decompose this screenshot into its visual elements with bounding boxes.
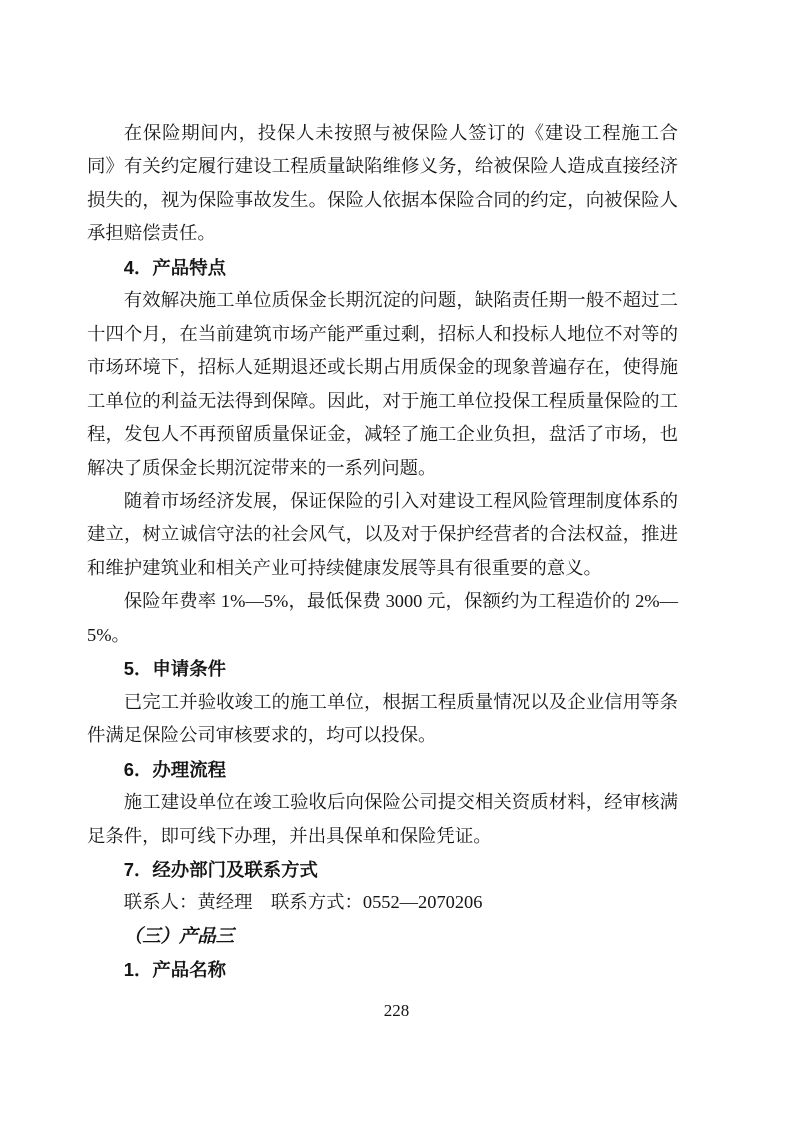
document-body: 在保险期间内，投保人未按照与被保险人签订的《建设工程施工合同》有关约定履行建设工… [87, 117, 678, 987]
section-heading-product-name: 1．产品名称 [87, 953, 678, 986]
section-heading-contact: 7．经办部门及联系方式 [87, 853, 678, 886]
section-heading-product-features: 4．产品特点 [87, 251, 678, 284]
paragraph-features-2: 随着市场经济发展，保证保险的引入对建设工程风险管理制度体系的建立，树立诚信守法的… [87, 485, 678, 585]
paragraph-features-1: 有效解决施工单位质保金长期沉淀的问题，缺陷责任期一般不超过二十四个月，在当前建筑… [87, 284, 678, 485]
paragraph-application-conditions: 已完工并验收竣工的施工单位，根据工程质量情况以及企业信用等条件满足保险公司审核要… [87, 686, 678, 753]
contact-line: 联系人：黄经理 联系方式：0552—2070206 [87, 886, 678, 919]
paragraph-process: 施工建设单位在竣工验收后向保险公司提交相关资质材料，经审核满足条件，即可线下办理… [87, 786, 678, 853]
section-heading-application-conditions: 5．申请条件 [87, 652, 678, 685]
subsection-heading-product-three: （三）产品三 [87, 920, 678, 953]
paragraph-premium-rate: 保险年费率 1%—5%，最低保费 3000 元，保额约为工程造价的 2%—5%。 [87, 585, 678, 652]
section-heading-process: 6．办理流程 [87, 753, 678, 786]
page-number: 228 [0, 1001, 793, 1021]
document-page: 在保险期间内，投保人未按照与被保险人签订的《建设工程施工合同》有关约定履行建设工… [0, 0, 793, 1122]
paragraph-insurance-liability: 在保险期间内，投保人未按照与被保险人签订的《建设工程施工合同》有关约定履行建设工… [87, 117, 678, 251]
